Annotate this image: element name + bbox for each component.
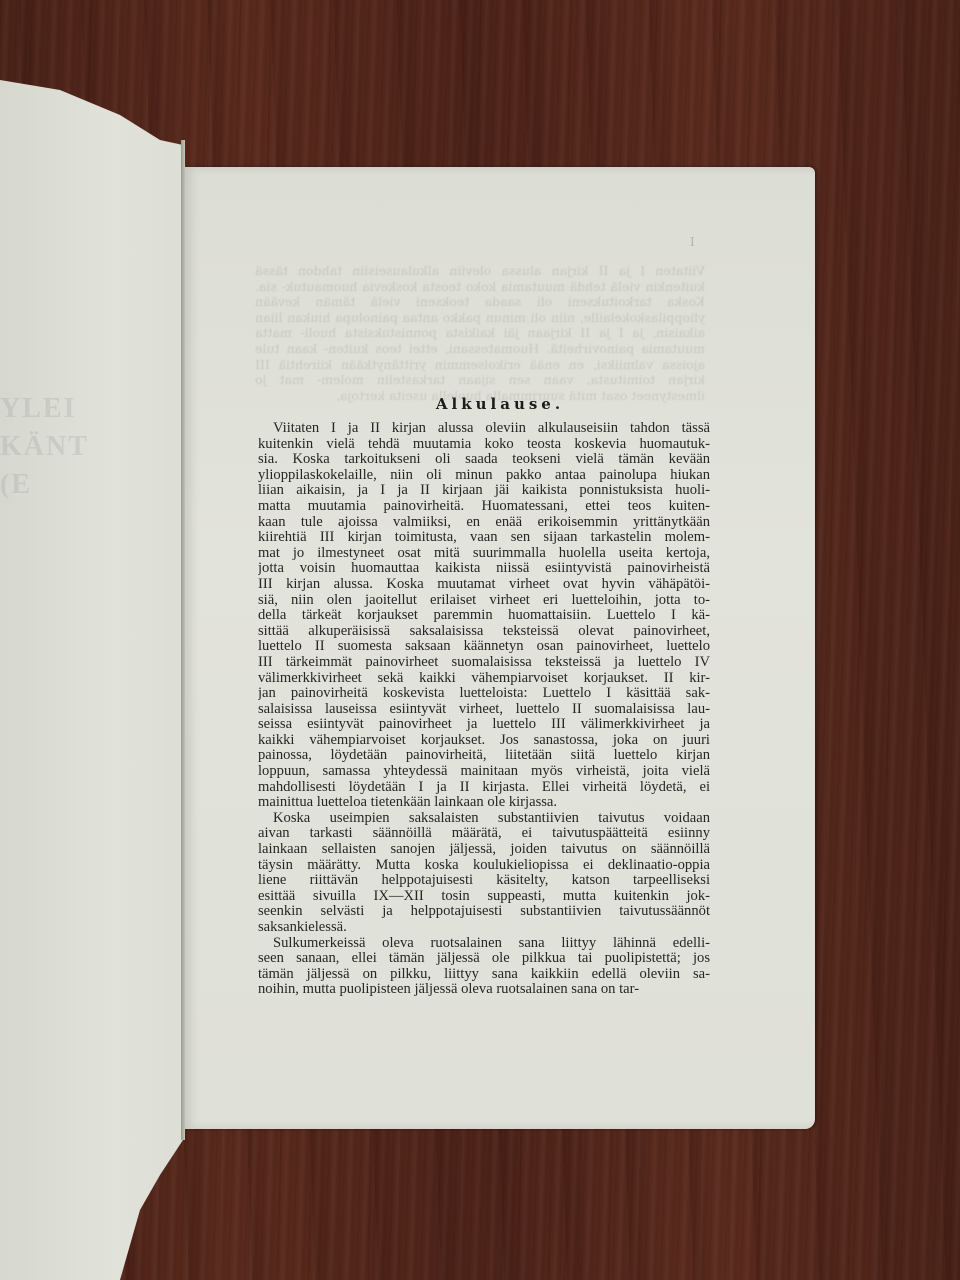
text-line: sia. Koska tarkoitukseni oli saada teoks… [258,452,710,468]
text-line: seen sanaan, ellei tämän jäljessä ole pi… [258,951,710,967]
bleed-through-text: Viitaten I ja II kirjan alussa oleviin a… [255,263,705,403]
text-line: kaikki vähempiarvoiset korjaukset. Jos s… [258,733,710,749]
ghost-line: KÄNT [0,428,110,466]
text-line: loppuun, samassa yhteydessä mainitaan my… [258,764,710,780]
text-line: mahdollisesti löydetään I ja II kirjasta… [258,780,710,796]
bleed-through-page-number: I [690,235,695,249]
body-text: Viitaten I ja II kirjan alussa oleviin a… [258,421,710,998]
text-line: salaisissa lauseissa esiintyvät virheet,… [258,702,710,718]
text-line: Viitaten I ja II kirjan alussa oleviin a… [258,421,710,437]
paragraph: Viitaten I ja II kirjan alussa oleviin a… [258,421,710,811]
text-line: liian aikaisin, ja I ja II kirjaan jäi k… [258,483,710,499]
text-line: Sulkumerkeissä oleva ruotsalainen sana l… [258,936,710,952]
text-line: esittää sivuilla IX—XII tosin suppeasti,… [258,889,710,905]
text-line: Koska useimpien saksalaisten substantiiv… [258,811,710,827]
right-page: I Viitaten I ja II kirjan alussa oleviin… [185,167,815,1129]
text-line: III kirjan alussa. Koska muutamat virhee… [258,577,710,593]
text-line: painossa, löydetään painovirheitä, liite… [258,748,710,764]
text-line: siä, niin olen jaoitellut erilaiset virh… [258,593,710,609]
text-line: matta muutamia painovirheitä. Huomatessa… [258,499,710,515]
text-line: seenkin selvästi ja helppotajuisesti sub… [258,904,710,920]
text-line: noihin, mutta puolipisteen jäljessä olev… [258,982,710,998]
left-page-ghost-text: YLEI KÄNT (E [0,390,110,504]
text-line: luettelo II suomesta saksaan käännetyn o… [258,639,710,655]
text-line: ylioppilaskokelaille, niin oli minun pak… [258,468,710,484]
paragraph: Sulkumerkeissä oleva ruotsalainen sana l… [258,936,710,998]
text-line: jotta voisin huomauttaa kaikista niissä … [258,561,710,577]
text-line: III tärkeimmät painovirheet suomalaisiss… [258,655,710,671]
text-line: saksankielessä. [258,920,710,936]
text-line: jan painovirheitä koskevista luetteloist… [258,686,710,702]
text-line: tämän jäljessä on pilkku, liittyy sana k… [258,967,710,983]
text-line: aivan tarkasti säännöillä määrätä, ei ta… [258,826,710,842]
text-line: mat jo ilmestyneet osat mitä suurimmalla… [258,546,710,562]
paragraph: Koska useimpien saksalaisten substantiiv… [258,811,710,936]
ghost-line: YLEI [0,390,110,428]
text-line: sittää alkuperäisissä saksalaisissa teks… [258,624,710,640]
text-line: kuitenkin vielä tehdä muutamia koko teos… [258,437,710,453]
text-line: seissa esiintyvät painovirheet ja luette… [258,717,710,733]
text-line: täysin määrätty. Mutta koska koulukielio… [258,858,710,874]
text-line: liene riittävän helppotajuisesti käsitel… [258,873,710,889]
text-line: kiirehtiä III kirjan toimitusta, vaan se… [258,530,710,546]
left-page: YLEI KÄNT (E [0,0,190,1280]
ghost-line: (E [0,466,110,504]
text-line: mainittua luetteloa tietenkään lainkaan … [258,795,710,811]
text-line: kaan tule ajoissa valmiiksi, en enää eri… [258,515,710,531]
text-line: della tärkeät korjaukset paremmin huomat… [258,608,710,624]
text-line: välimerkkivirheet sekä kaikki vähempiarv… [258,671,710,687]
text-line: lainkaan sellaisten sanojen jäljessä, jo… [258,842,710,858]
page-title: Alkulause. [185,395,815,413]
